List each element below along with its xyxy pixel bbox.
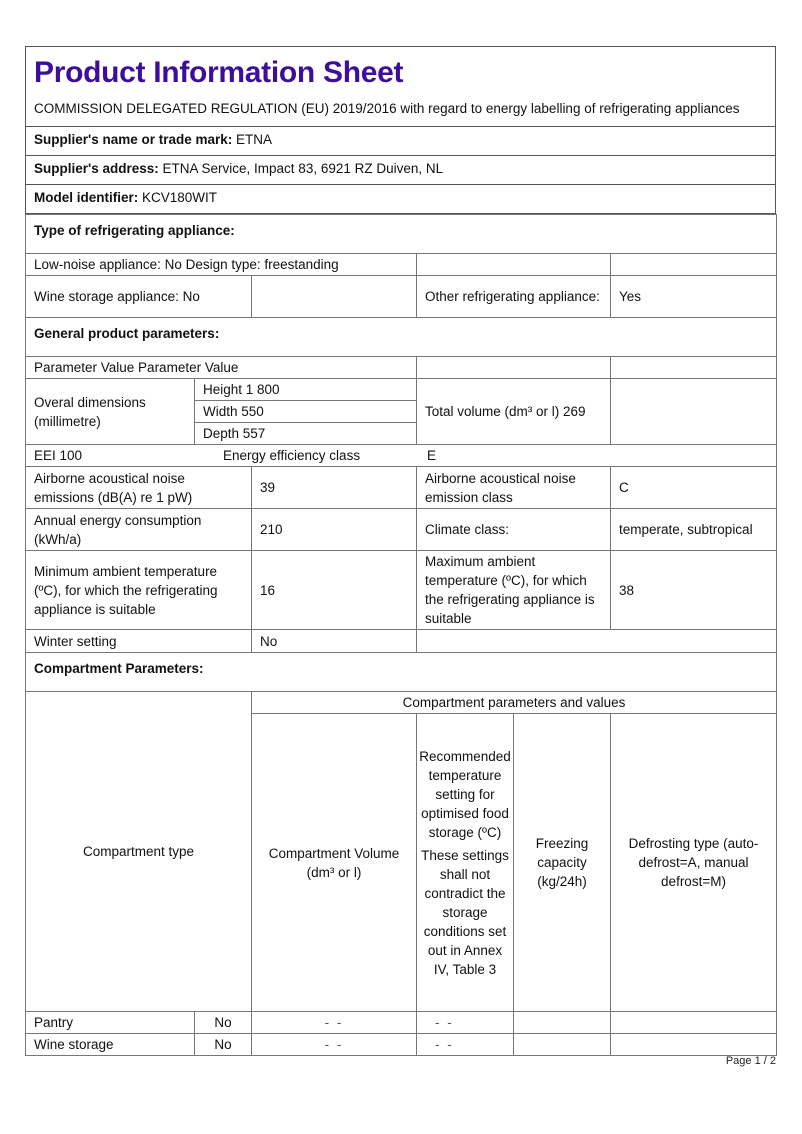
noise-emissions-value: 39 — [252, 467, 417, 509]
winter-setting-value: No — [252, 630, 417, 653]
compartment-row: Pantry No - - - - — [26, 1012, 777, 1034]
compartment-volume: - - — [252, 1012, 417, 1034]
product-information-sheet: Product Information Sheet COMMISSION DEL… — [25, 46, 776, 1056]
annual-energy-label: Annual energy consumption (kWh/a) — [26, 509, 252, 551]
compartment-defrost — [611, 1034, 777, 1056]
regulation-subtitle: COMMISSION DELEGATED REGULATION (EU) 201… — [26, 95, 775, 127]
width-value: Width 550 — [195, 401, 417, 423]
eei-value: EEI 100 — [26, 445, 223, 466]
compartment-row: Wine storage No - - - - — [26, 1034, 777, 1056]
page-number: Page 1 / 2 — [726, 1055, 776, 1067]
min-temp-label: Minimum ambient temperature (ºC), for wh… — [26, 551, 252, 630]
compartment-type-header: Compartment type — [26, 692, 252, 1012]
compartment-type: Wine storage — [26, 1034, 195, 1056]
wine-storage-appliance: Wine storage appliance: No — [26, 276, 252, 318]
compartment-temp: - - — [417, 1034, 514, 1056]
depth-value: Depth 557 — [195, 423, 417, 445]
other-refrigerating-label: Other refrigerating appliance: — [417, 276, 611, 318]
compartment-group-header: Compartment parameters and values — [252, 692, 777, 714]
low-noise-design-type: Low-noise appliance: No Design type: fre… — [26, 254, 417, 276]
other-refrigerating-value: Yes — [611, 276, 777, 318]
compartment-volume-header: Compartment Volume (dm³ or l) — [252, 714, 417, 1012]
compartment-temp: - - — [417, 1012, 514, 1034]
sheet-header: Product Information Sheet COMMISSION DEL… — [25, 46, 776, 214]
defrosting-type-header: Defrosting type (auto-defrost=A, manual … — [611, 714, 777, 1012]
eei-row: EEI 100 Energy efficiency class E — [26, 445, 777, 467]
supplier-address-label: Supplier's address: — [34, 161, 159, 176]
model-identifier-label: Model identifier: — [34, 190, 138, 205]
supplier-name-value: ETNA — [236, 132, 272, 147]
noise-class-label: Airborne acoustical noise emission class — [417, 467, 611, 509]
energy-class-value: E — [419, 445, 436, 466]
total-volume: Total volume (dm³ or l) 269 — [417, 379, 611, 445]
energy-class-label: Energy efficiency class — [223, 445, 419, 466]
compartment-section-heading: Compartment Parameters: — [26, 653, 777, 692]
supplier-name-row: Supplier's name or trade mark: ETNA — [26, 127, 775, 156]
compartment-type: Pantry — [26, 1012, 195, 1034]
model-identifier-row: Model identifier: KCV180WIT — [26, 185, 775, 214]
page-title: Product Information Sheet — [26, 47, 775, 95]
supplier-address-value: ETNA Service, Impact 83, 6921 RZ Duiven,… — [163, 161, 444, 176]
winter-setting-label: Winter setting — [26, 630, 252, 653]
recommended-temp-header-line2: These settings shall not contradict the … — [419, 846, 511, 979]
noise-class-value: C — [611, 467, 777, 509]
model-identifier-value: KCV180WIT — [142, 190, 217, 205]
recommended-temp-header-line1: Recommended temperature setting for opti… — [419, 747, 511, 842]
compartment-present: No — [195, 1012, 252, 1034]
parameter-value-header: Parameter Value Parameter Value — [26, 357, 417, 379]
freezing-capacity-header: Freezing capacity (kg/24h) — [514, 714, 611, 1012]
parameters-table: Type of refrigerating appliance: Low-noi… — [25, 214, 777, 1056]
type-section-heading: Type of refrigerating appliance: — [26, 215, 777, 254]
compartment-defrost — [611, 1012, 777, 1034]
annual-energy-value: 210 — [252, 509, 417, 551]
noise-emissions-label: Airborne acoustical noise emissions (dB(… — [26, 467, 252, 509]
overall-dimensions-label: Overal dimensions (millimetre) — [26, 379, 195, 445]
compartment-freezing — [514, 1012, 611, 1034]
supplier-address-row: Supplier's address: ETNA Service, Impact… — [26, 156, 775, 185]
climate-class-label: Climate class: — [417, 509, 611, 551]
general-section-heading: General product parameters: — [26, 318, 777, 357]
compartment-present: No — [195, 1034, 252, 1056]
height-value: Height 1 800 — [195, 379, 417, 401]
compartment-volume: - - — [252, 1034, 417, 1056]
recommended-temp-header: Recommended temperature setting for opti… — [417, 714, 514, 1012]
climate-class-value: temperate, subtropical — [611, 509, 777, 551]
supplier-name-label: Supplier's name or trade mark: — [34, 132, 232, 147]
max-temp-label: Maximum ambient temperature (ºC), for wh… — [417, 551, 611, 630]
min-temp-value: 16 — [252, 551, 417, 630]
compartment-freezing — [514, 1034, 611, 1056]
max-temp-value: 38 — [611, 551, 777, 630]
